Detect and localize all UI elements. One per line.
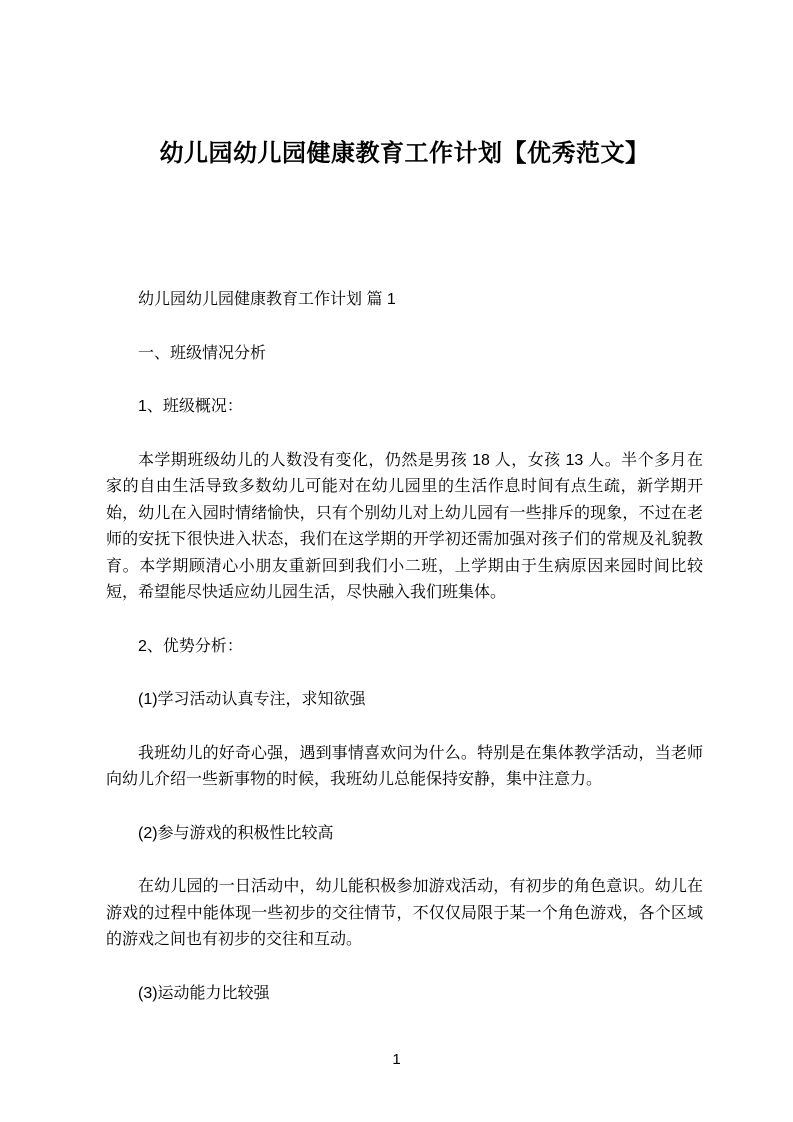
subitem-heading-game-participation: (2)参与游戏的积极性比较高	[106, 821, 703, 848]
paragraph-class-overview: 本学期班级幼儿的人数没有变化，仍然是男孩 18 人，女孩 13 人。半个多月在家…	[106, 448, 703, 607]
document-page: 幼儿园幼儿园健康教育工作计划【优秀范文】 幼儿园幼儿园健康教育工作计划 篇 1 …	[0, 0, 793, 1122]
paragraph-learning-focus: 我班幼儿的好奇心强，遇到事情喜欢问为什么。特别是在集体教学活动，当老师向幼儿介绍…	[106, 741, 703, 794]
paragraph-game-participation: 在幼儿园的一日活动中，幼儿能积极参加游戏活动，有初步的角色意识。幼儿在游戏的过程…	[106, 874, 703, 954]
document-title: 幼儿园幼儿园健康教育工作计划【优秀范文】	[0, 0, 793, 169]
subtitle-heading: 幼儿园幼儿园健康教育工作计划 篇 1	[106, 287, 703, 314]
subitem-heading-sports-ability: (3)运动能力比较强	[106, 981, 703, 1008]
item-heading-strength-analysis: 2、优势分析：	[106, 634, 703, 661]
item-heading-class-overview: 1、班级概况：	[106, 394, 703, 421]
subitem-heading-learning-focus: (1)学习活动认真专注，求知欲强	[106, 687, 703, 714]
page-number: 1	[0, 1049, 793, 1071]
section-heading-class-analysis: 一、班级情况分析	[106, 341, 703, 368]
document-body: 幼儿园幼儿园健康教育工作计划 篇 1 一、班级情况分析 1、班级概况： 本学期班…	[0, 287, 793, 1007]
